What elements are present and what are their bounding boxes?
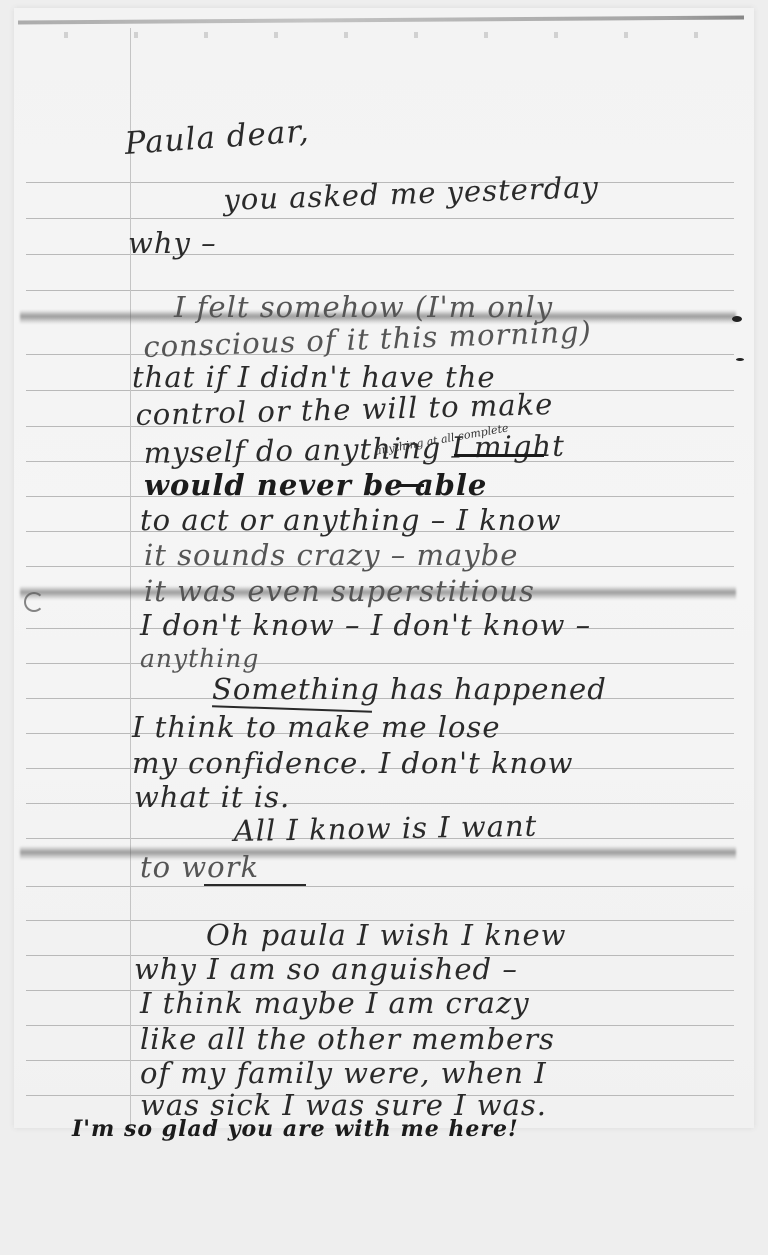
letter-line: Oh paula I wish I knew	[206, 918, 566, 952]
underline-mark	[204, 884, 306, 886]
letter-line: you asked me yesterday	[223, 170, 600, 217]
letter-line: I think to make me lose	[132, 710, 500, 744]
letter-line: to work	[140, 850, 259, 884]
letter-line: All I know is I want	[233, 809, 537, 848]
strikethrough-mark	[454, 454, 544, 457]
letter-line: my confidence. I don't know	[132, 746, 573, 780]
letter-line: would never be able	[144, 468, 487, 502]
letter-line: that if I didn't have the	[132, 360, 496, 394]
letter-line: to act or anything – I know	[140, 503, 562, 537]
letter-line: what it is.	[134, 780, 290, 814]
letter-line: of my family were, when I	[140, 1056, 547, 1090]
letter-closing-line: I'm so glad you are with me here!	[72, 1116, 519, 1142]
letter-line: Something has happened	[212, 672, 607, 706]
letter-line: I think maybe I am crazy	[140, 986, 530, 1020]
letter-line: anything	[140, 644, 259, 673]
letter-line: why –	[128, 226, 217, 260]
handwritten-text: Paula dear, you asked me yesterday why –…	[14, 8, 754, 1128]
letter-line: it was even superstitious	[144, 574, 535, 608]
letter-line: why I am so anguished –	[134, 952, 518, 986]
ruled-paper-sheet: Paula dear, you asked me yesterday why –…	[14, 8, 754, 1128]
letter-line: I don't know – I don't know –	[140, 608, 591, 642]
ink-blot	[736, 358, 744, 361]
letter-photograph: Paula dear, you asked me yesterday why –…	[0, 0, 768, 1255]
letter-line: it sounds crazy – maybe	[144, 538, 518, 572]
strikethrough-mark	[396, 484, 424, 487]
ink-blot	[732, 316, 742, 322]
letter-salutation: Paula dear,	[123, 113, 310, 162]
letter-line: like all the other members	[140, 1022, 555, 1056]
